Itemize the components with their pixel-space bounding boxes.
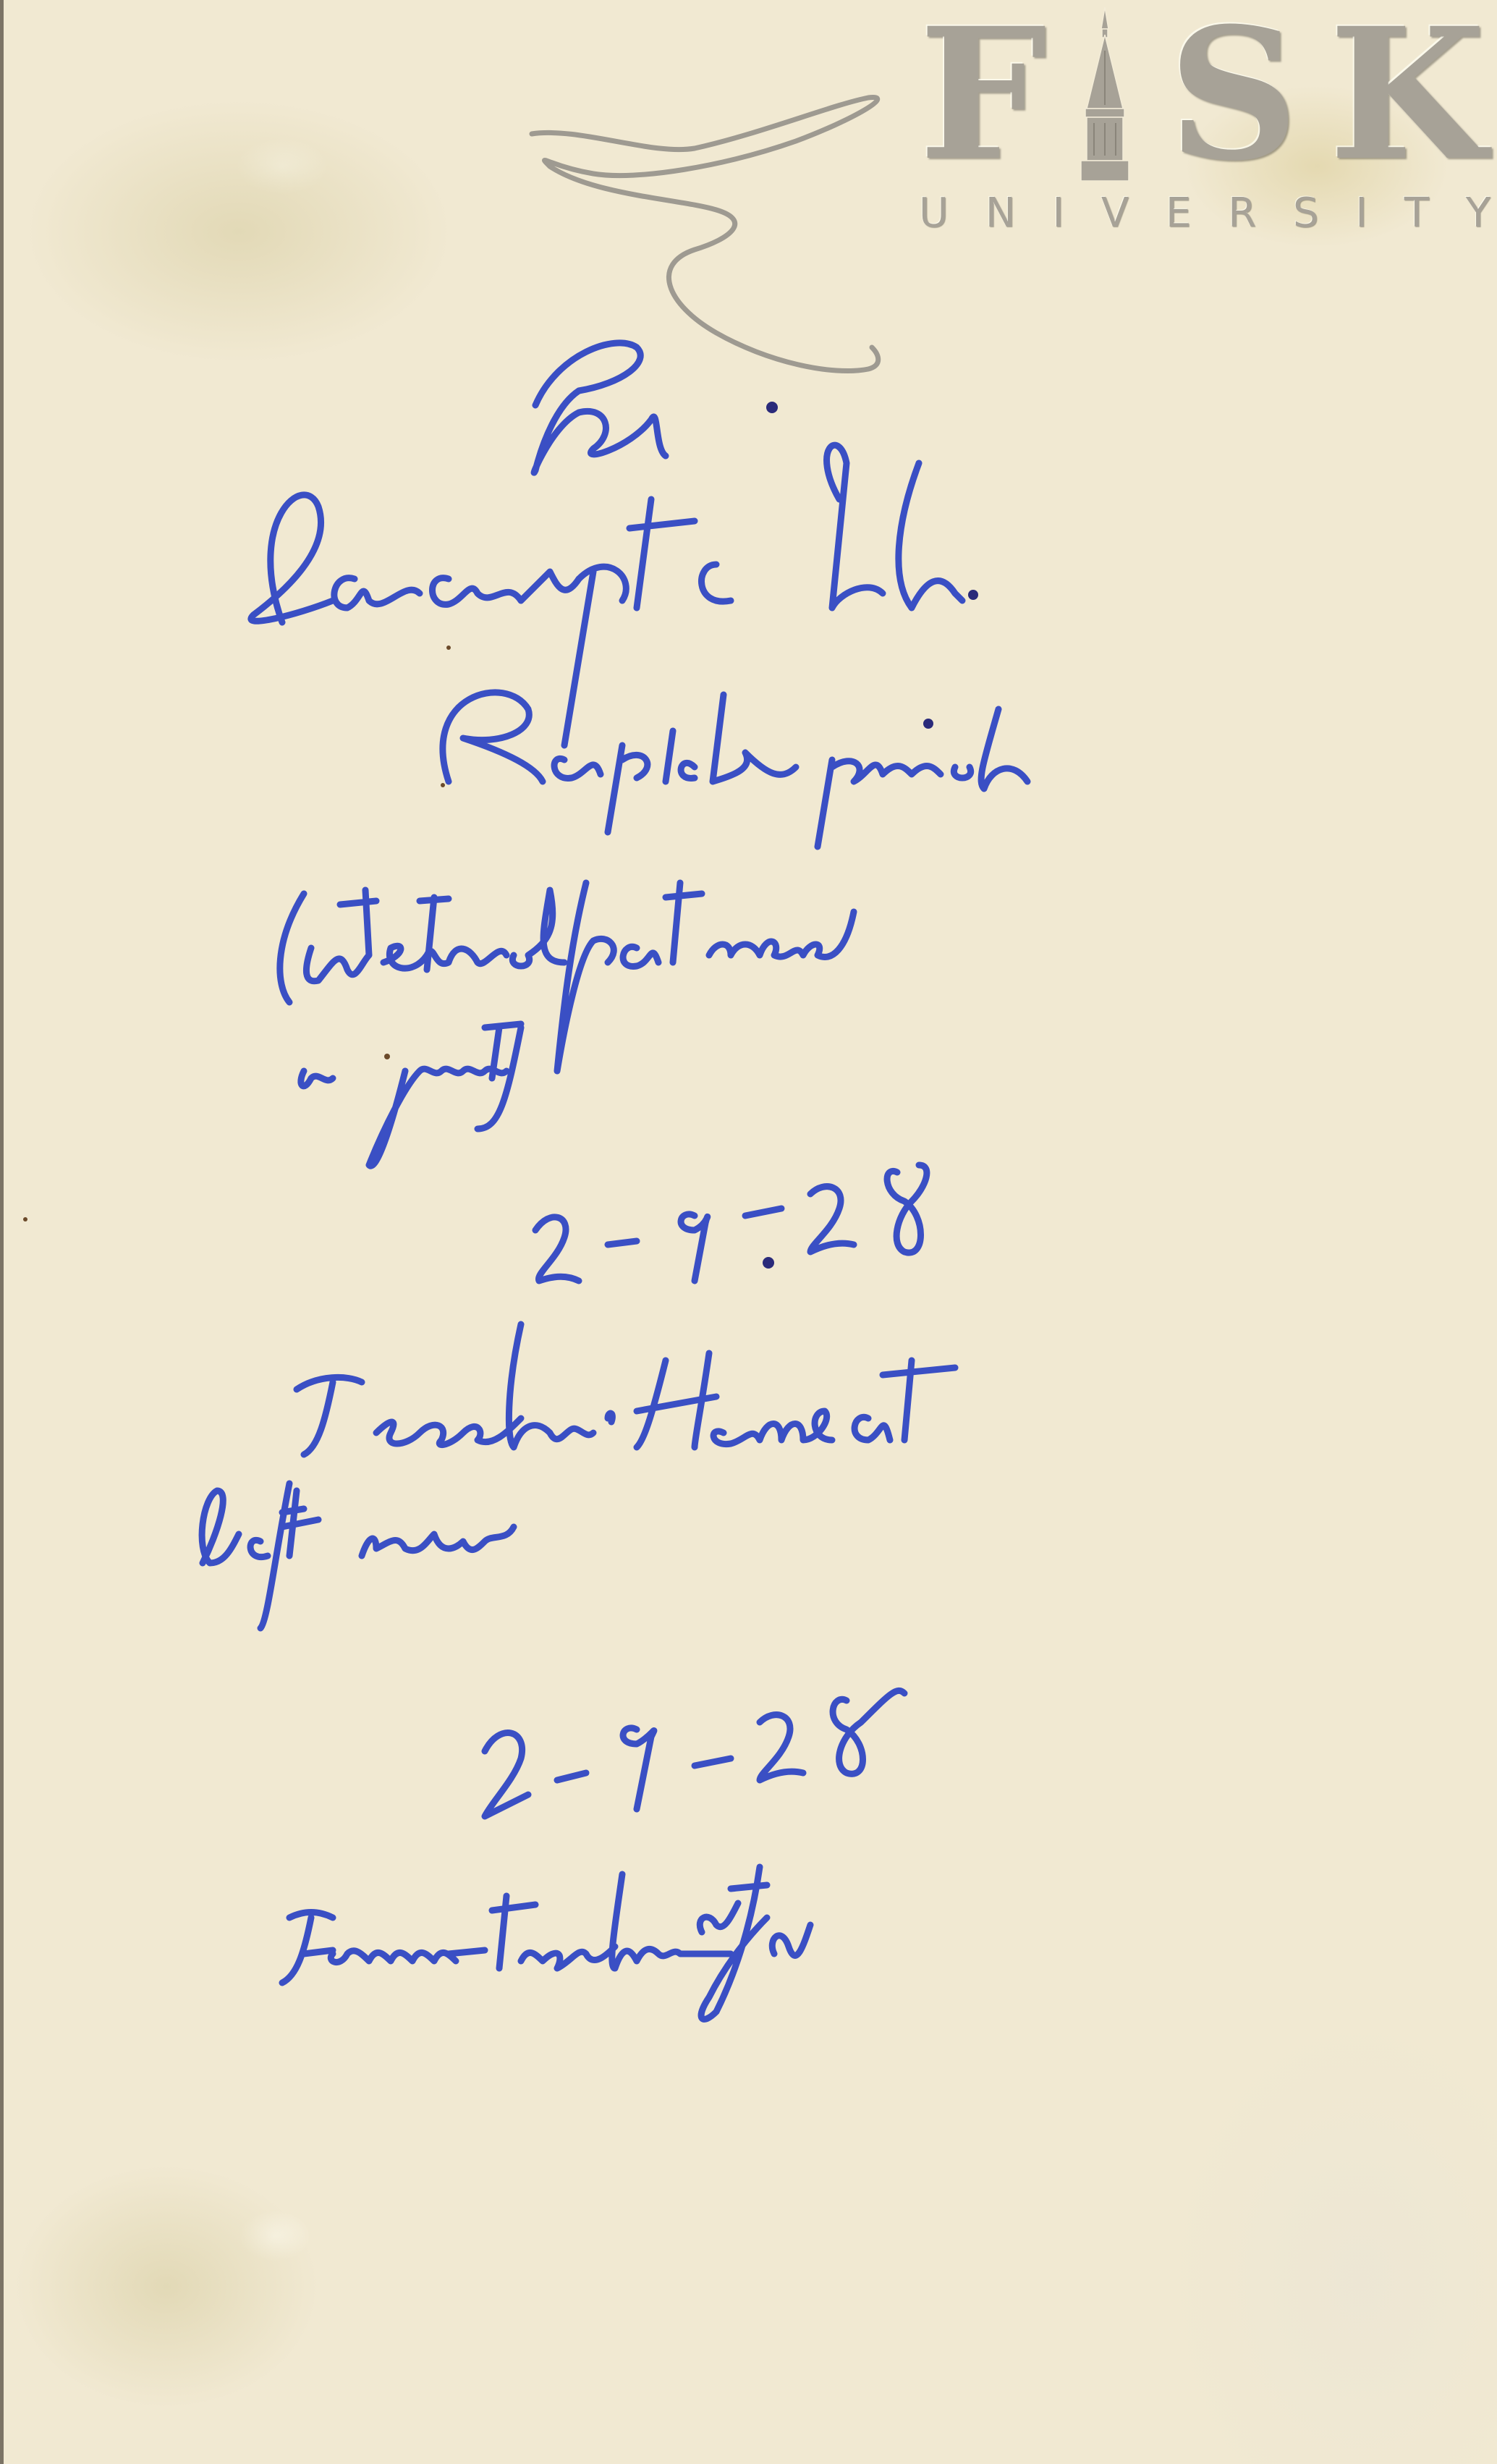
paper-speck	[446, 645, 451, 650]
paper-speck	[23, 1217, 27, 1222]
